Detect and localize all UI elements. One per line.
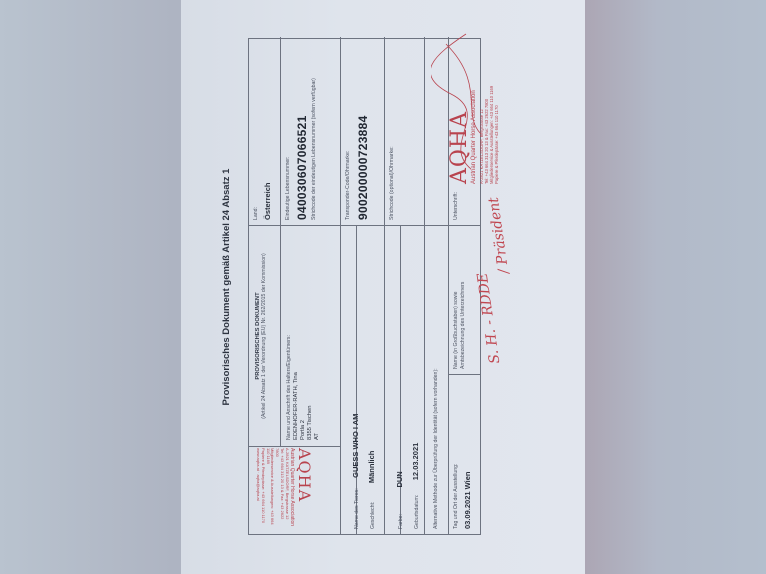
- country-cell: Land: Österreich: [249, 37, 281, 225]
- transponder-value: 900200000723884: [356, 42, 370, 220]
- owner-line: Portla 2: [300, 232, 307, 440]
- owner-cell: Name und Anschrift des Halters/Eigentüme…: [281, 225, 341, 446]
- issue-value: 03.09.2021 Wien: [463, 380, 472, 529]
- handwritten-signer-title: / Präsident: [486, 196, 513, 275]
- header-cell: PROVISORISCHES DOKUMENT (Artikel 24 Absa…: [249, 225, 281, 446]
- animal-name-row: Name des Tieres: GUESS WHO I AM: [341, 225, 357, 534]
- barcode-cell: Strichcode (optional)/Ohrmarke:: [385, 37, 425, 225]
- ueln-value: 040030607066521: [295, 42, 309, 220]
- issue-cell: Tag und Ort der Ausstellung: 03.09.2021 …: [449, 374, 480, 534]
- provisional-document: Provisorisches Dokument gemäß Artikel 24…: [181, 0, 585, 574]
- country-label: Land:: [253, 42, 260, 220]
- issue-label: Tag und Ort der Ausstellung:: [453, 380, 460, 529]
- signer-cell: Name (in Großbuchstaben) sowie Amtsbezei…: [449, 225, 480, 374]
- animal-dob-row: Geburtsdatum: 12.03.2021: [401, 225, 425, 534]
- stamp-line: Mitgliederservice & Ausstellungen: +43 6…: [265, 448, 275, 528]
- animal-sex-row: Geschlecht: Männlich: [357, 225, 385, 534]
- country-value: Österreich: [263, 42, 272, 220]
- owner-line: AT: [314, 232, 321, 440]
- owner-line: EDENHOFER-RATH, Tina: [293, 232, 300, 440]
- header-subheading: (Artikel 24 Absatz 1 der Verordnung (EU)…: [261, 226, 268, 446]
- signer-label-2: Amtsbezeichnung des Unterzeichners: [460, 231, 467, 369]
- barcode-label: Strichcode (optional)/Ohrmarke:: [389, 42, 396, 220]
- ueln-label: Eindeutige Lebensnummer:: [285, 42, 292, 220]
- transponder-label: Transponder-Code/Ohrmarke:: [345, 42, 352, 220]
- animal-sex: Männlich: [367, 451, 376, 484]
- background-right: [585, 0, 766, 574]
- alt-method-label: Alternative Methode zur Überprüfung der …: [433, 231, 440, 529]
- stamp-logo-cell: AQHA Austrian Quarter Horse Association …: [249, 446, 341, 534]
- document-title: Provisorisches Dokument gemäß Artikel 24…: [221, 0, 232, 574]
- animal-sex-label: Geschlecht:: [370, 502, 376, 529]
- ueln-barcode-label: Strichcode der eindeutigen Lebensnummer …: [311, 42, 318, 220]
- signature-scribble: [431, 24, 501, 174]
- animal-color-row: Farbe: DUN: [385, 225, 401, 534]
- ueln-cell: Eindeutige Lebensnummer: 040030607066521…: [281, 37, 341, 225]
- aqha-logo: AQHA: [295, 448, 314, 528]
- owner-line: 8355 Tischen: [307, 232, 314, 440]
- animal-dob-label: Geburtsdatum:: [414, 495, 420, 529]
- stamp-line: Tel: +43 664 313 20 13 & Fax: +43 2622 7…: [274, 448, 284, 528]
- transponder-cell: Transponder-Code/Ohrmarke: 9002000007238…: [341, 37, 385, 225]
- alt-method-cell: Alternative Methode zur Überprüfung der …: [425, 225, 449, 534]
- animal-dob: 12.03.2021: [411, 443, 420, 481]
